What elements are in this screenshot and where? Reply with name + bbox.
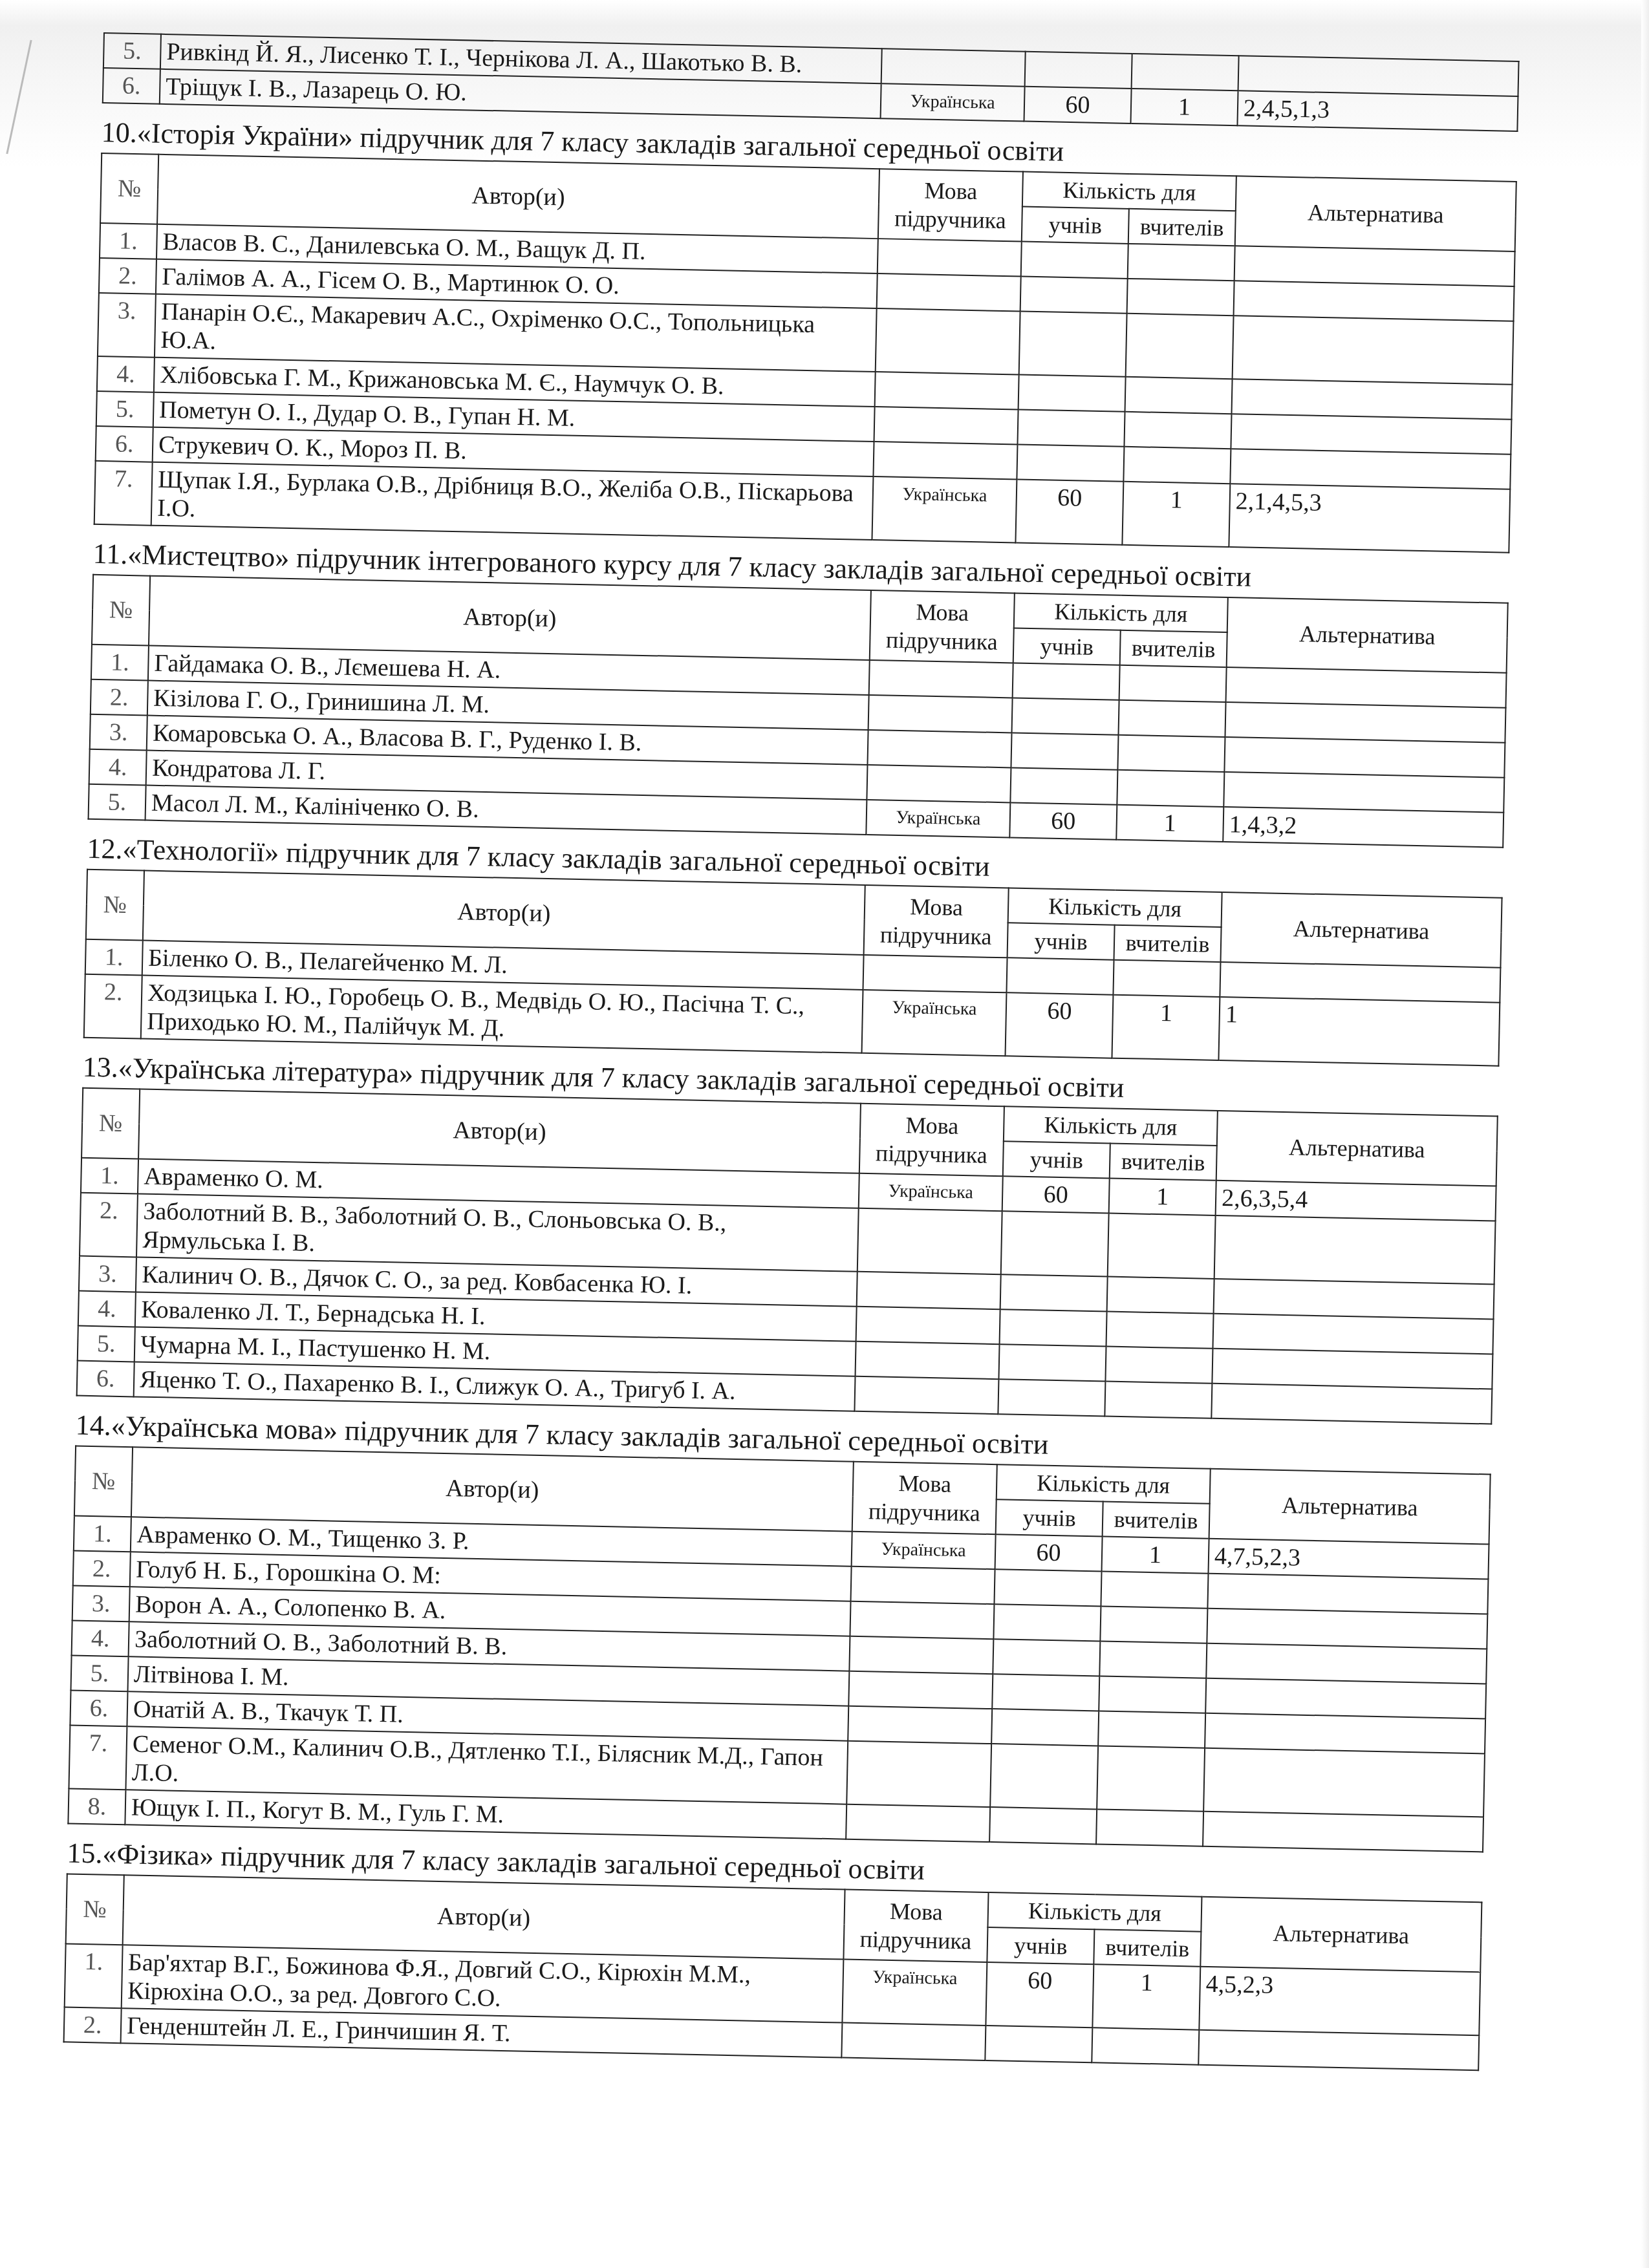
row-students-count	[1011, 733, 1118, 769]
row-alternative	[1226, 667, 1507, 708]
header-alternative: Альтернатива	[1209, 1469, 1491, 1545]
row-language	[881, 48, 1026, 86]
row-number: 1.	[81, 1158, 138, 1194]
row-alternative	[1211, 1384, 1492, 1424]
row-language: Українська	[862, 990, 1007, 1056]
row-teachers-count: 1	[1130, 89, 1238, 125]
row-number: 2.	[91, 679, 148, 716]
row-students-count	[1018, 375, 1126, 412]
row-language	[848, 1706, 992, 1744]
header-no: №	[66, 1874, 124, 1945]
row-teachers-count	[1125, 377, 1233, 414]
row-language	[854, 1376, 998, 1414]
row-students-count	[1020, 277, 1128, 314]
textbook-table: № Автор(и) Мова підручника Кількість для…	[63, 1873, 1483, 2071]
row-number: 5.	[89, 784, 146, 820]
textbook-table: № Автор(и) Мова підручника Кількість для…	[94, 153, 1517, 553]
header-count-for: Кількість для	[1014, 593, 1228, 632]
row-alternative	[1212, 1349, 1493, 1389]
row-authors: Ходзицька І. Ю., Горобець О. В., Медвідь…	[141, 975, 863, 1053]
textbook-section: 10.«Історія України» підручник для 7 кла…	[94, 116, 1518, 553]
row-students-count	[1021, 242, 1128, 279]
row-alternative: 1,4,3,2	[1223, 807, 1503, 848]
row-students-count	[1012, 698, 1119, 734]
row-number: 4.	[72, 1621, 129, 1657]
header-teachers: вчителів	[1120, 630, 1227, 667]
row-teachers-count: 1	[1092, 1964, 1200, 2029]
header-alternative: Альтернатива	[1200, 1897, 1482, 1973]
row-language: Українська	[852, 1532, 996, 1569]
row-alternative	[1233, 316, 1514, 385]
textbook-table: № Автор(и) Мова підручника Кількість для…	[67, 1446, 1491, 1853]
row-alternative	[1223, 772, 1504, 813]
row-number: 4.	[89, 749, 147, 786]
row-language	[877, 273, 1021, 311]
row-alternative	[1220, 962, 1500, 1003]
row-alternative	[1203, 1812, 1483, 1852]
scan-edge-right	[1641, 0, 1649, 2268]
row-number: 5.	[78, 1326, 135, 1362]
header-alternative: Альтернатива	[1235, 176, 1516, 251]
row-number: 1.	[85, 939, 143, 976]
row-students-count	[998, 1344, 1106, 1381]
row-students-count	[985, 2026, 1092, 2062]
row-students-count	[1017, 444, 1124, 481]
header-language: Мова підручника	[870, 590, 1015, 663]
row-language	[878, 239, 1022, 276]
row-number: 7.	[69, 1725, 127, 1790]
row-authors: Щупак І.Я., Бурлака О.В., Дрібниця В.О.,…	[151, 462, 874, 540]
row-teachers-count	[1108, 1214, 1216, 1279]
row-number: 3.	[72, 1586, 130, 1622]
row-students-count	[994, 1569, 1101, 1606]
row-alternative	[1207, 1574, 1488, 1614]
row-students-count	[1010, 767, 1117, 804]
textbook-section: 14.«Українська мова» підручник для 7 кла…	[67, 1409, 1491, 1853]
row-number: 2.	[84, 974, 142, 1039]
row-number: 6.	[70, 1691, 127, 1727]
row-number: 6.	[77, 1361, 135, 1397]
row-language	[851, 1567, 995, 1604]
row-alternative	[1206, 1643, 1487, 1684]
row-language	[867, 730, 1011, 767]
row-language: Українська	[859, 1173, 1003, 1211]
row-students-count	[993, 1604, 1101, 1641]
header-teachers: вчителів	[1114, 925, 1222, 962]
header-count-for: Кількість для	[997, 1464, 1211, 1504]
row-students-count	[998, 1379, 1105, 1416]
row-teachers-count	[1096, 1809, 1203, 1846]
row-teachers-count: 1	[1102, 1536, 1209, 1573]
header-count-for: Кількість для	[1004, 1106, 1218, 1146]
row-language	[850, 1601, 994, 1639]
row-alternative	[1230, 449, 1511, 489]
row-teachers-count	[1092, 2027, 1199, 2064]
row-alternative	[1198, 2030, 1479, 2071]
row-number: 5.	[71, 1656, 129, 1692]
row-alternative	[1234, 281, 1514, 321]
header-language: Мова підручника	[859, 1104, 1004, 1176]
header-teachers: вчителів	[1128, 209, 1236, 246]
header-alternative: Альтернатива	[1227, 597, 1508, 673]
row-language	[849, 1636, 993, 1674]
header-students: учнів	[1008, 923, 1115, 959]
row-teachers-count	[1099, 1676, 1206, 1713]
row-language	[868, 695, 1013, 733]
row-students-count: 60	[1009, 802, 1117, 839]
row-language	[875, 372, 1019, 409]
row-teachers-count	[1127, 279, 1234, 316]
row-language	[867, 765, 1011, 802]
row-students-count: 60	[1015, 479, 1123, 544]
row-language	[863, 955, 1008, 992]
row-students-count	[1000, 1309, 1107, 1346]
row-teachers-count	[1100, 1606, 1207, 1643]
row-number: 1.	[65, 1943, 123, 2008]
row-number: 8.	[68, 1788, 125, 1824]
row-teachers-count	[1117, 735, 1225, 772]
header-alternative: Альтернатива	[1221, 892, 1502, 968]
textbook-section: 12.«Технології» підручник для 7 класу за…	[83, 833, 1503, 1067]
row-language	[876, 308, 1020, 374]
row-students-count	[991, 1709, 1099, 1746]
row-alternative	[1238, 56, 1519, 96]
row-alternative: 2,1,4,5,3	[1229, 484, 1510, 553]
header-no: №	[92, 575, 150, 646]
row-students-count	[989, 1807, 1097, 1844]
row-language: Українська	[872, 476, 1017, 542]
row-number: 1.	[100, 223, 157, 259]
row-number: 2.	[80, 1193, 138, 1257]
header-teachers: вчителів	[1094, 1929, 1201, 1966]
row-language	[841, 2023, 986, 2060]
row-number: 1.	[74, 1516, 131, 1552]
row-number: 2.	[64, 2007, 122, 2043]
row-teachers-count: 1	[1109, 1179, 1216, 1215]
row-number: 3.	[79, 1256, 136, 1292]
row-number: 7.	[94, 461, 153, 526]
header-students: учнів	[1003, 1141, 1110, 1178]
row-students-count	[1001, 1211, 1109, 1276]
header-no: №	[86, 870, 144, 941]
row-teachers-count	[1123, 447, 1231, 484]
row-students-count	[1006, 957, 1114, 994]
row-number: 5.	[103, 33, 161, 69]
header-count-for: Кількість для	[1022, 172, 1236, 211]
row-teachers-count	[1097, 1746, 1205, 1811]
textbook-section: 15.«Фізика» підручник для 7 класу заклад…	[63, 1837, 1483, 2071]
row-alternative	[1234, 246, 1515, 286]
header-teachers: вчителів	[1103, 1501, 1210, 1538]
row-students-count: 60	[1024, 87, 1132, 123]
row-number: 6.	[96, 426, 153, 462]
row-alternative	[1214, 1279, 1494, 1320]
row-language	[846, 1804, 990, 1842]
row-alternative	[1232, 379, 1513, 420]
row-teachers-count	[1113, 960, 1220, 997]
header-no: №	[81, 1088, 140, 1159]
header-no: №	[100, 153, 158, 224]
row-teachers-count	[1132, 54, 1239, 91]
row-students-count: 60	[986, 1962, 1094, 2027]
row-teachers-count	[1119, 665, 1227, 702]
row-alternative	[1225, 702, 1505, 743]
row-teachers-count	[1126, 314, 1234, 379]
header-students: учнів	[996, 1499, 1103, 1536]
row-language	[857, 1272, 1001, 1309]
row-students-count	[1019, 312, 1127, 377]
row-teachers-count	[1105, 1347, 1212, 1384]
row-teachers-count	[1099, 1641, 1207, 1678]
row-alternative: 2,4,5,1,3	[1237, 91, 1518, 131]
row-number: 3.	[98, 293, 156, 358]
row-teachers-count	[1107, 1277, 1214, 1314]
row-students-count: 60	[995, 1534, 1103, 1571]
row-language: Українська	[842, 1960, 987, 2026]
row-teachers-count: 1	[1122, 482, 1230, 547]
row-number: 2.	[73, 1551, 131, 1587]
header-students: учнів	[987, 1927, 1094, 1964]
row-language: Українська	[881, 83, 1025, 121]
row-teachers-count: 1	[1116, 805, 1223, 842]
row-teachers-count	[1128, 244, 1235, 281]
row-alternative: 4,5,2,3	[1199, 1967, 1480, 2036]
header-language: Мова підручника	[852, 1462, 997, 1534]
row-number: 2.	[99, 258, 156, 294]
row-alternative: 1	[1218, 997, 1500, 1066]
row-alternative: 4,7,5,2,3	[1209, 1539, 1489, 1579]
header-alternative: Альтернатива	[1216, 1111, 1498, 1186]
row-number: 4.	[78, 1291, 136, 1327]
row-students-count	[990, 1744, 1098, 1809]
row-alternative	[1231, 414, 1511, 455]
header-language: Мова підручника	[843, 1890, 988, 1962]
row-language	[873, 442, 1017, 479]
row-alternative: 2,6,3,5,4	[1216, 1181, 1496, 1221]
row-number: 5.	[96, 391, 154, 427]
row-language	[846, 1741, 991, 1807]
row-language: Українська	[866, 800, 1010, 837]
row-students-count	[993, 1639, 1100, 1676]
row-alternative	[1205, 1713, 1485, 1754]
textbook-section: 13.«Українська література» підручник для…	[76, 1051, 1499, 1425]
header-language: Мова підручника	[878, 169, 1023, 241]
header-no: №	[74, 1446, 133, 1517]
row-language	[848, 1671, 993, 1709]
header-students: учнів	[1013, 628, 1121, 665]
row-number: 4.	[97, 356, 155, 392]
row-language	[857, 1208, 1002, 1274]
row-alternative	[1207, 1609, 1487, 1649]
row-teachers-count	[1117, 770, 1224, 807]
row-students-count	[1025, 52, 1132, 89]
row-teachers-count	[1119, 700, 1226, 737]
row-language	[856, 1342, 1000, 1379]
row-teachers-count	[1098, 1711, 1205, 1748]
header-count-for: Кількість для	[987, 1892, 1202, 1932]
row-language	[856, 1307, 1000, 1344]
row-number: 1.	[91, 645, 149, 681]
textbook-table: № Автор(и) Мова підручника Кількість для…	[83, 869, 1503, 1067]
header-teachers: вчителів	[1110, 1144, 1217, 1181]
row-students-count: 60	[1006, 992, 1114, 1058]
row-students-count	[992, 1674, 1099, 1711]
row-teachers-count	[1106, 1312, 1214, 1349]
textbook-table: № Автор(и) Мова підручника Кількість для…	[76, 1087, 1498, 1425]
row-teachers-count	[1101, 1571, 1208, 1608]
row-alternative	[1213, 1314, 1494, 1354]
textbook-section: 11.«Мистецтво» підручник інтегрованого к…	[88, 538, 1509, 848]
row-alternative	[1205, 1678, 1486, 1719]
row-students-count	[1017, 410, 1125, 447]
textbook-table: № Автор(и) Мова підручника Кількість для…	[88, 574, 1509, 848]
header-students: учнів	[1022, 207, 1129, 244]
header-language: Мова підручника	[864, 885, 1009, 957]
row-teachers-count	[1124, 412, 1231, 449]
row-students-count	[1000, 1274, 1108, 1311]
row-alternative	[1214, 1215, 1496, 1285]
row-language	[869, 660, 1013, 698]
row-teachers-count	[1105, 1382, 1212, 1418]
row-students-count: 60	[1002, 1176, 1110, 1213]
document-page: 5.Ривкінд Й. Я., Лисенко Т. І., Черніков…	[63, 32, 1519, 2082]
row-students-count	[1013, 663, 1120, 700]
row-language	[874, 407, 1018, 444]
row-alternative	[1203, 1748, 1485, 1817]
row-teachers-count: 1	[1112, 995, 1220, 1060]
row-alternative	[1224, 737, 1505, 778]
row-number: 6.	[103, 68, 160, 104]
row-number: 3.	[90, 714, 147, 751]
header-count-for: Кількість для	[1008, 888, 1222, 927]
